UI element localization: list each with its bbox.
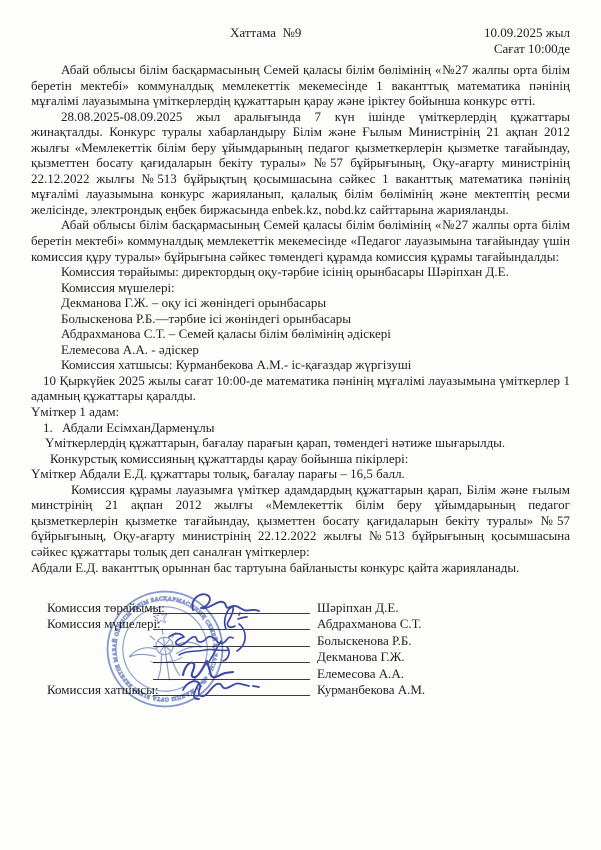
commission-line: Болыскенова Р.Б.—тәрбие ісі жөніндегі ор… — [31, 311, 570, 327]
candidate-number: 1. — [43, 420, 62, 436]
commission-line: Комиссия төрайымы: директордың оқу-тәрби… — [31, 264, 570, 280]
commission-line: Комиссия мүшелері: — [31, 280, 570, 296]
candidate-name: Абдали ЕсімханДарменұлы — [62, 420, 214, 435]
paragraph-commission-order: Абай облысы білім басқармасының Семей қа… — [31, 217, 570, 264]
review-line: Конкурстық комиссияның құжаттарды қарау … — [31, 451, 570, 467]
commission-line: Абдрахманова С.Т. – Семей қаласы білім б… — [31, 326, 570, 342]
signature-name: Елемесова А.А. — [317, 666, 404, 682]
paragraph-decision: Комиссия құрамы лауазымға үміткер адамда… — [31, 482, 570, 560]
signature-name: Курманбекова А.М. — [317, 682, 425, 698]
document-header: Хаттама №9 10.09.2025 жыл Сағат 10:00де — [31, 25, 570, 62]
paragraph-announcement: 28.08.2025-08.09.2025 жыл аралығында 7 к… — [31, 109, 570, 218]
page-title: Хаттама №9 — [230, 25, 301, 41]
result-line: Абдали Е.Д. ваканттық орыннан бас тартуы… — [31, 560, 570, 576]
signature-name: Болыскенова Р.Б. — [317, 633, 412, 649]
signature-name: Шәріпхан Д.Е. — [317, 600, 399, 616]
time-line: Сағат 10:00де — [484, 41, 570, 57]
date-line: 10.09.2025 жыл — [484, 25, 570, 41]
commission-line: Комиссия хатшысы: Курманбекова А.М.- іс-… — [31, 357, 570, 373]
signature-name: Декманова Г.Ж. — [317, 649, 405, 665]
review-line: Үміткер Абдали Е.Д. құжаттары толық, бағ… — [31, 466, 570, 482]
signature-name: Абдрахманова С.Т. — [317, 616, 422, 632]
scanned-protocol-document: Хаттама №9 10.09.2025 жыл Сағат 10:00де … — [0, 0, 601, 850]
commission-line: Декманова Г.Ж. – оқу ісі жөніндегі орынб… — [31, 295, 570, 311]
paragraph-intro: Абай облысы білім басқармасының Семей қа… — [31, 62, 570, 109]
review-line: Үміткерлердің құжаттарын, бағалау парағы… — [31, 435, 570, 451]
candidate-item: 1.Абдали ЕсімханДарменұлы — [31, 420, 570, 436]
meeting-line: 10 Қыркүйек 2025 жылы сағат 10:00-де мат… — [31, 373, 570, 404]
commission-line: Елемесова А.А. - әдіскер — [31, 342, 570, 358]
candidates-heading: Үміткер 1 адам: — [31, 404, 570, 420]
date-block: 10.09.2025 жыл Сағат 10:00де — [484, 25, 570, 56]
official-stamp-seal: АБАЙ ОБЛЫСЫ БІЛІМ БАСҚАРМАСЫНЫҢ СЕМЕЙ ҚА… — [96, 580, 234, 718]
